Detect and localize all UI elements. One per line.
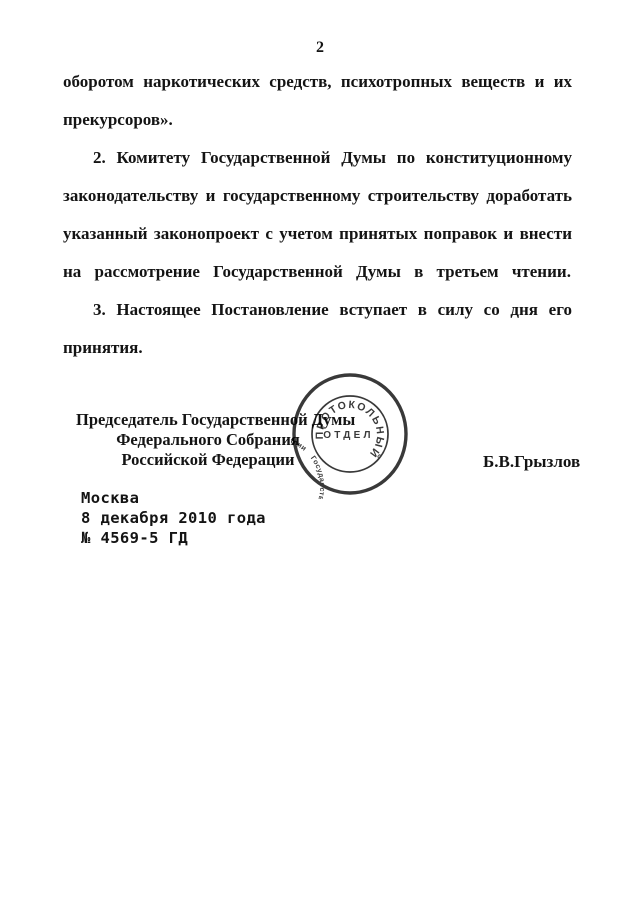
protocol-department-stamp-icon: Государственной Думы Федерального Собран… xyxy=(291,371,411,499)
body-line: указанный законопроект с учетом принятых… xyxy=(63,215,572,253)
footer-city: Москва xyxy=(81,488,266,508)
body-line: оборотом наркотических средств, психотро… xyxy=(63,63,572,101)
body-line: на рассмотрение Государственной Думы в т… xyxy=(63,253,572,291)
body-line: принятия. xyxy=(63,329,572,367)
footer-block: Москва 8 декабря 2010 года № 4569-5 ГД xyxy=(81,488,266,548)
footer-number: № 4569-5 ГД xyxy=(81,528,266,548)
body-line: 2. Комитету Государственной Думы по конс… xyxy=(63,139,572,177)
body-line: прекурсоров». xyxy=(63,101,572,139)
svg-text:Государственной Думы Федеральн: Государственной Думы Федерального Собран… xyxy=(291,433,327,499)
signer-name: Б.В.Грызлов xyxy=(483,452,580,472)
body-line: законодательству и государственному стро… xyxy=(63,177,572,215)
footer-date: 8 декабря 2010 года xyxy=(81,508,266,528)
document-body: оборотом наркотических средств, психотро… xyxy=(63,63,572,367)
stamp-ring-text: Государственной Думы Федерального Собран… xyxy=(291,433,327,499)
page-number: 2 xyxy=(0,38,640,58)
stamp-center-text: ОТДЕЛ xyxy=(323,430,373,441)
body-line: 3. Настоящее Постановление вступает в си… xyxy=(63,291,572,329)
document-page: 2 оборотом наркотических средств, психот… xyxy=(0,0,640,905)
